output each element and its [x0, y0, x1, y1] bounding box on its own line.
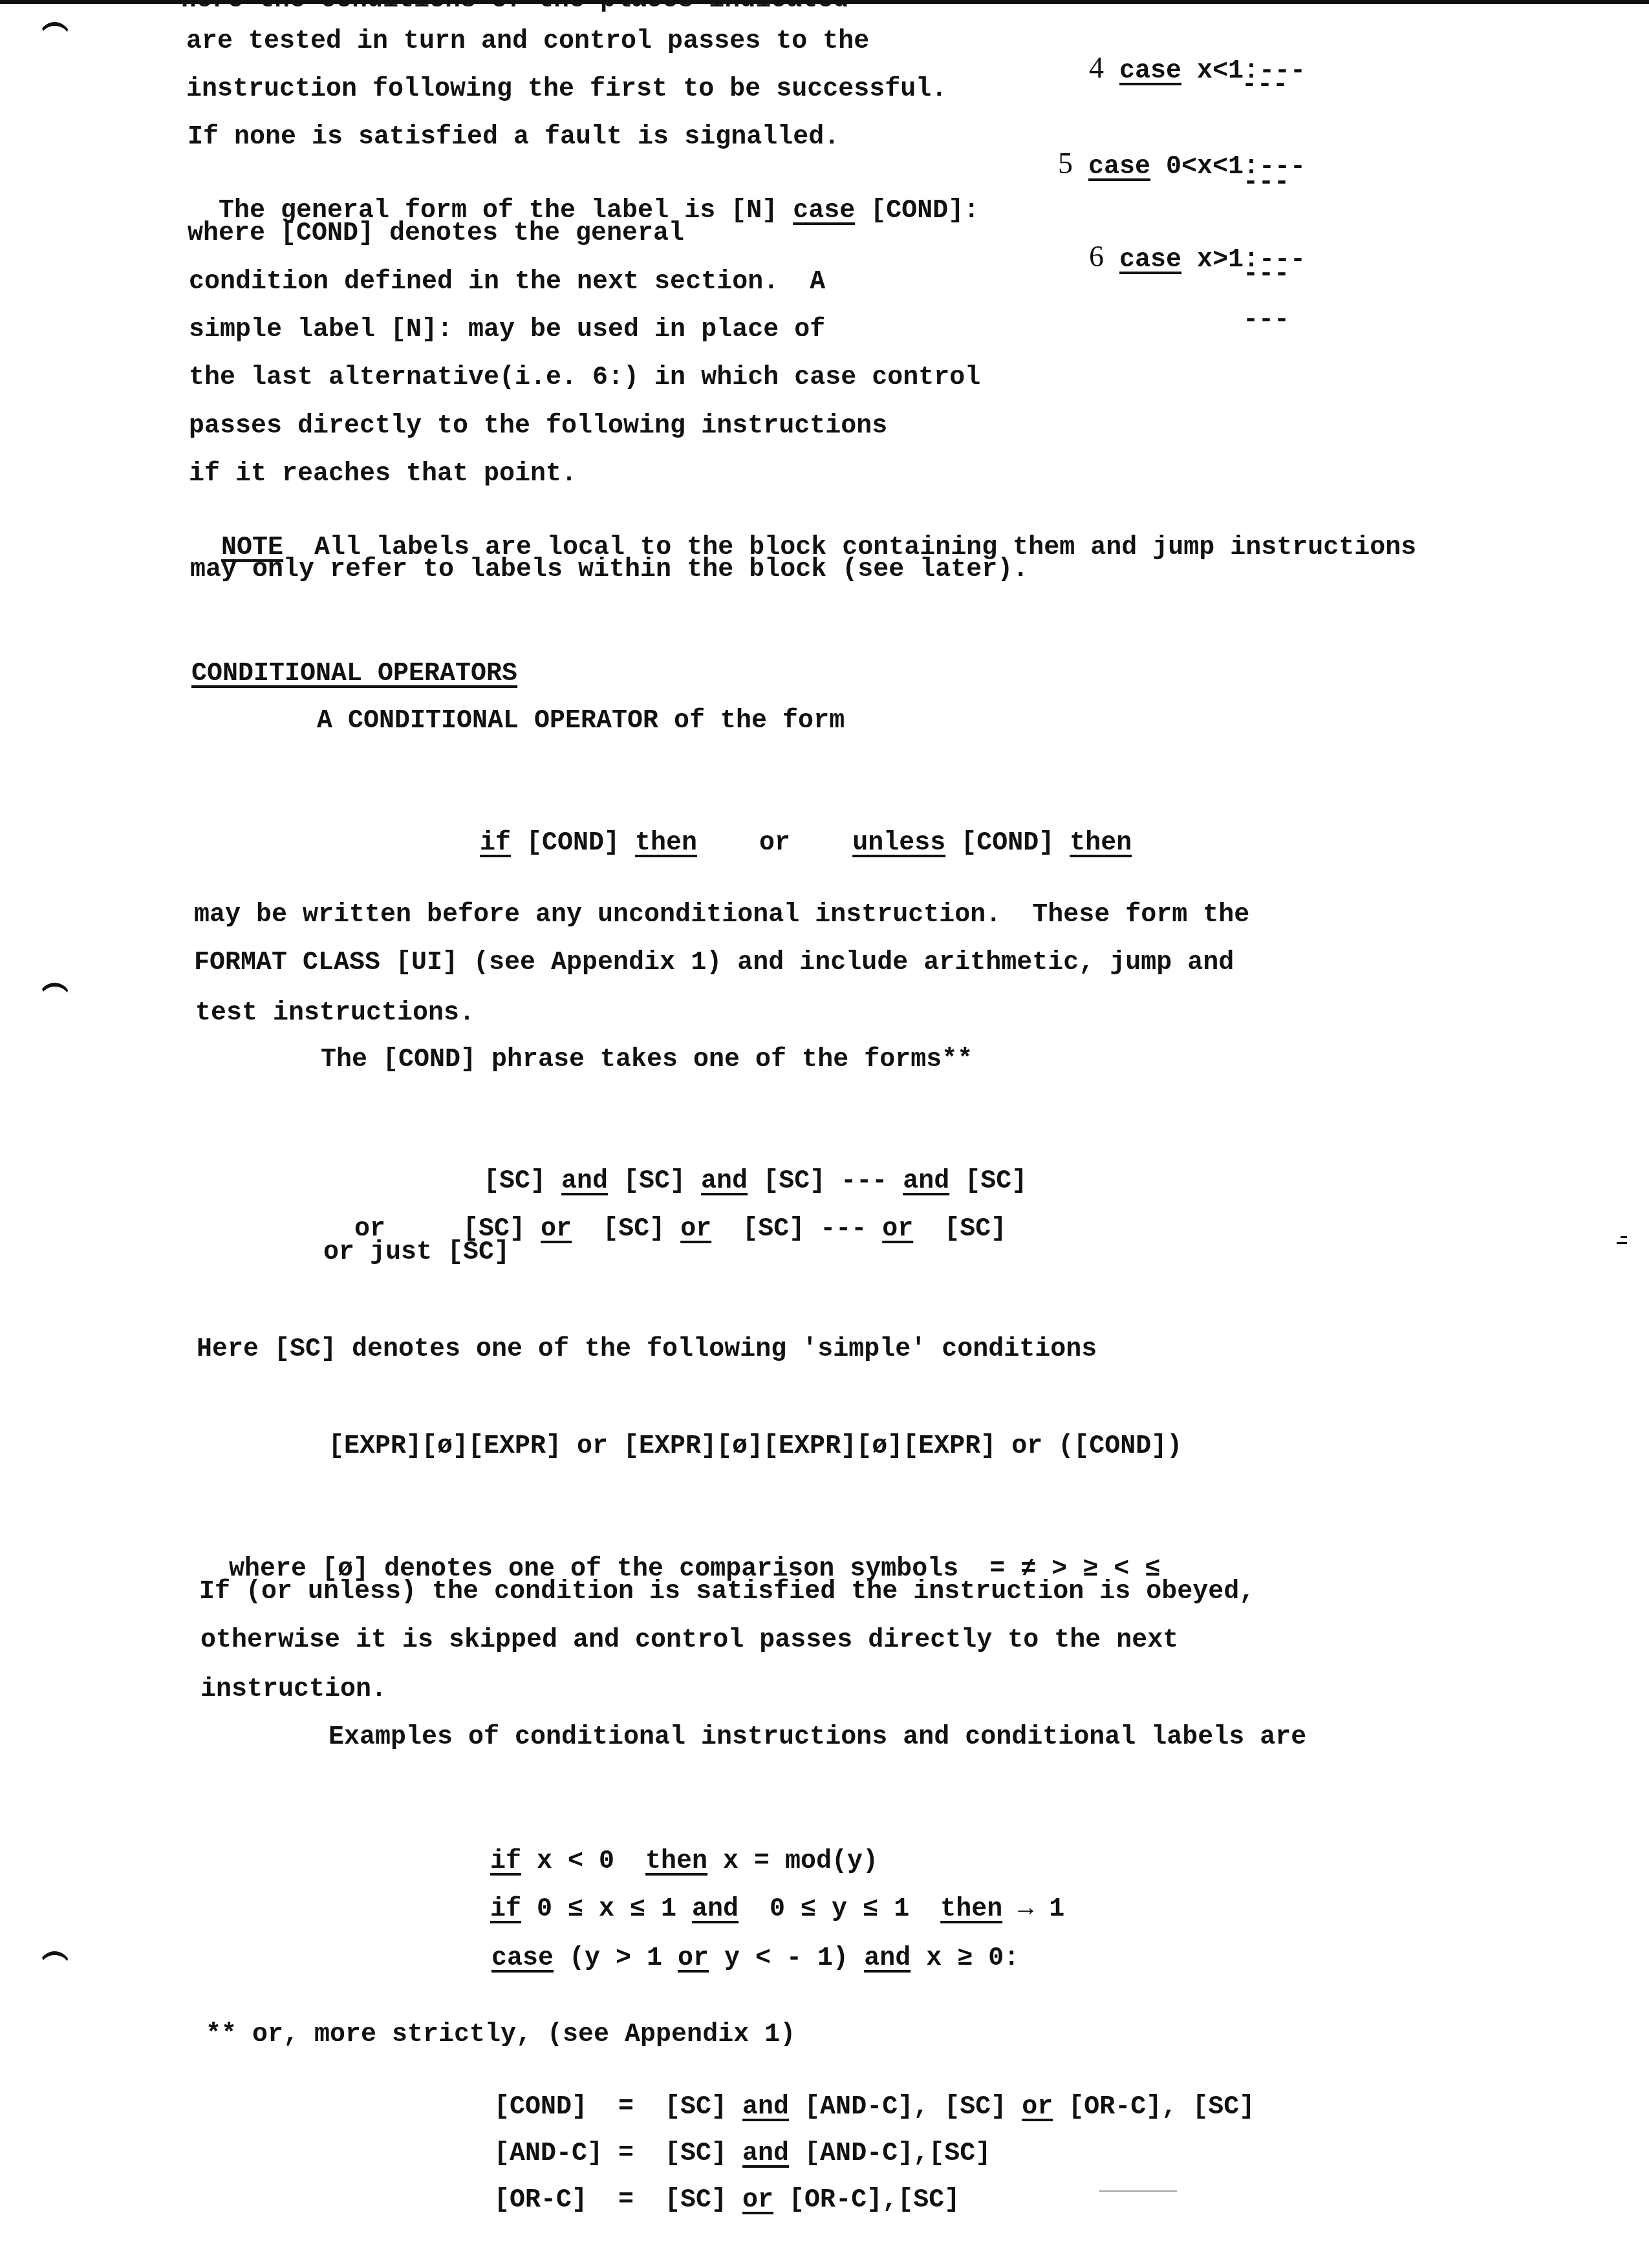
cond-form-and: [SC] and [SC] and [SC] --- and [SC] — [453, 1143, 1027, 1195]
cond-placeholder: [COND] — [511, 829, 635, 858]
hole-punch-mark-bottom — [39, 1951, 70, 1984]
cond-form-or: or [SC] or [SC] or [SC] --- or [SC] — [323, 1191, 1006, 1243]
footnote-row-or-c: [OR-C] = [SC] or [OR-C],[SC] — [463, 2162, 960, 2214]
sc-forms: [EXPR][ø][EXPR] or [EXPR][ø][EXPR][ø][EX… — [329, 1434, 1182, 1460]
grammar-text: [OR-C],[SC] — [773, 2186, 960, 2215]
footnote-row-cond: [COND] = [SC] and [AND-C], [SC] or [OR-C… — [463, 2069, 1255, 2121]
scan-speck — [1621, 1236, 1627, 1238]
example-3: case (y > 1 or y < - 1) and x ≥ 0: — [460, 1920, 1019, 1972]
example-text: y < - 1) — [709, 1944, 864, 1973]
case-number: 4 — [1089, 51, 1104, 84]
intro-line-9: passes directly to the following instruc… — [189, 414, 887, 440]
or-word: or — [697, 829, 852, 858]
footnote-intro: ** or, more strictly, (see Appendix 1) — [206, 2022, 795, 2048]
case-keyword: case — [793, 197, 855, 226]
section-intro: A CONDITIONAL OPERATOR of the form — [317, 709, 845, 734]
intro-line-2: instruction following the first to be su… — [186, 77, 947, 103]
unless-keyword: unless — [852, 829, 945, 858]
case-example-dashes-1: --- — [1242, 72, 1288, 98]
or-keyword: or — [882, 1215, 913, 1244]
operator-form: if [COND] then or unless [COND] then — [449, 805, 1132, 857]
para2-line-2: FORMAT CLASS [UI] (see Appendix 1) and i… — [194, 950, 1234, 976]
sc-placeholder: [SC] — [742, 1215, 804, 1244]
case-keyword: case — [1119, 57, 1181, 86]
cut-off-top-line: Here the conditions of the places indica… — [181, 0, 848, 15]
sc-intro: Here [SC] denotes one of the following '… — [197, 1337, 1097, 1363]
case-number: 5 — [1058, 147, 1073, 180]
ellipsis-dashes: --- — [820, 1215, 867, 1244]
grammar-equals: = — [618, 2186, 634, 2215]
intro-line-7: simple label [N]: may be used in place o… — [189, 317, 825, 343]
example-1: if x < 0 then x = mod(y) — [459, 1823, 878, 1875]
scan-speck — [1099, 2190, 1177, 2192]
para2-line-1: may be written before any unconditional … — [194, 903, 1249, 928]
then-keyword: then — [1070, 829, 1132, 858]
para3-line-1: If (or unless) the condition is satisfie… — [199, 1579, 1255, 1605]
grammar-text: [SC] — [634, 2186, 742, 2215]
case-example-dashes-3: --- — [1243, 262, 1289, 288]
general-form-suffix: [COND]: — [855, 197, 979, 226]
case-keyword: case — [1088, 153, 1150, 182]
cond-phrase-intro: The [COND] phrase takes one of the forms… — [321, 1047, 973, 1073]
case-keyword: case — [491, 1944, 554, 1973]
sc-placeholder: [SC] — [944, 1215, 1006, 1244]
or-keyword: or — [680, 1215, 711, 1244]
cond-form-just: or just [SC] — [323, 1240, 510, 1266]
case-example-dashes-4: --- — [1243, 308, 1289, 334]
hole-punch-mark-middle — [39, 983, 70, 1015]
para3-line-2: otherwise it is skipped and control pass… — [200, 1628, 1178, 1654]
case-number: 6 — [1089, 240, 1104, 273]
intro-line-6: condition defined in the next section. A — [189, 270, 825, 295]
footnote-row-and-c: [AND-C] = [SC] and [AND-C],[SC] — [463, 2115, 991, 2167]
intro-line-4: The general form of the label is [N] cas… — [188, 173, 979, 224]
section-heading: CONDITIONAL OPERATORS — [191, 661, 517, 687]
or-keyword: or — [1022, 2093, 1053, 2122]
example-text: x ≥ 0: — [911, 1944, 1019, 1973]
examples-intro: Examples of conditional instructions and… — [329, 1725, 1306, 1751]
para3-line-3: instruction. — [200, 1677, 387, 1703]
note-line-2: may only refer to labels within the bloc… — [190, 557, 1028, 583]
hole-punch-mark-top — [39, 22, 70, 54]
or-keyword: or — [678, 1944, 709, 1973]
if-keyword: if — [480, 829, 511, 858]
intro-line-8: the last alternative(i.e. 6:) in which c… — [189, 365, 980, 391]
or-keyword: or — [742, 2186, 773, 2215]
case-example-dashes-2: --- — [1243, 170, 1289, 196]
grammar-text: [OR-C], [SC] — [1053, 2093, 1255, 2122]
sc-placeholder: [SC] — [603, 1215, 665, 1244]
comparison-line: where [ø] denotes one of the comparison … — [198, 1531, 1160, 1583]
case-keyword: case — [1119, 246, 1181, 275]
example-text: (y > 1 — [554, 1944, 678, 1973]
intro-line-1: are tested in turn and control passes to… — [186, 29, 869, 55]
or-keyword: or — [541, 1215, 572, 1244]
scan-speck — [1617, 1242, 1627, 1244]
intro-line-10: if it reaches that point. — [189, 462, 577, 487]
intro-line-5: where [COND] denotes the general — [188, 221, 684, 247]
then-keyword: then — [635, 829, 697, 858]
cond-placeholder: [COND] — [945, 829, 1070, 858]
grammar-lhs: [OR-C] — [494, 2186, 618, 2215]
note-line-1: NOTE All labels are local to the block c… — [190, 509, 1416, 561]
example-2: if 0 ≤ x ≤ 1 and 0 ≤ y ≤ 1 then → 1 — [459, 1871, 1064, 1923]
and-keyword: and — [864, 1944, 911, 1973]
para2-line-3: test instructions. — [195, 1001, 475, 1027]
intro-line-3: If none is satisfied a fault is signalle… — [188, 125, 839, 151]
